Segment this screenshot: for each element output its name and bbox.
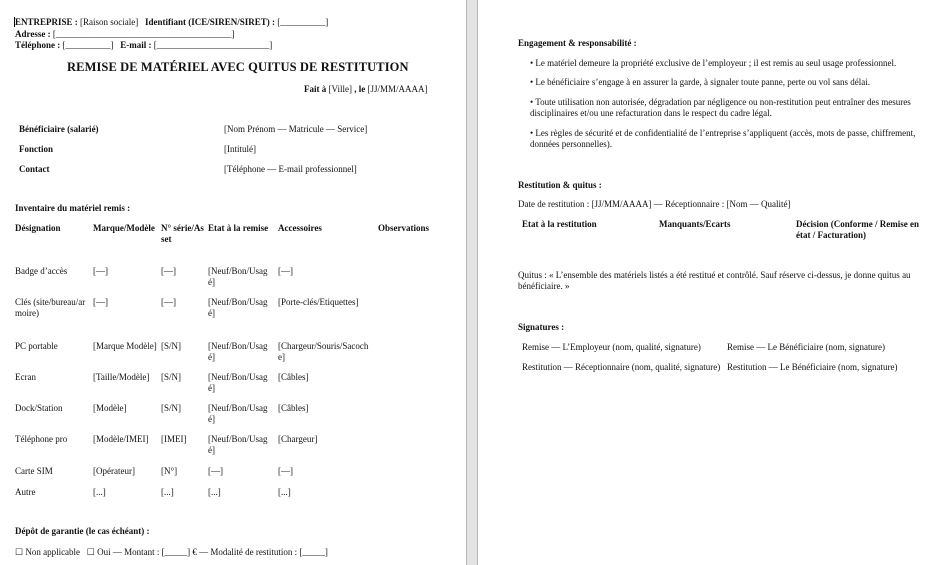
restitution-col-missing: Manquants/Ecarts bbox=[659, 219, 731, 230]
inventory-heading: Inventaire du matériel remis : bbox=[15, 203, 130, 214]
address-line: Adresse : [_____________________________… bbox=[15, 29, 234, 40]
signature-receiver-return[interactable]: Restitution — Réceptionnaire (nom, quali… bbox=[522, 362, 720, 373]
inventory-row-designation: Badge d’accès bbox=[15, 266, 89, 277]
address-label: Adresse : bbox=[15, 29, 51, 39]
inventory-row-designation: Carte SIM bbox=[15, 466, 89, 477]
email-label: E-mail : bbox=[120, 40, 151, 50]
engagement-bullet: • Le bénéficiaire s’engage à en assurer … bbox=[530, 77, 920, 88]
signature-beneficiary-return[interactable]: Restitution — Le Bénéficiaire (nom, sign… bbox=[727, 362, 897, 373]
inventory-cell[interactable]: [Opérateur] bbox=[93, 466, 157, 477]
inventory-cell[interactable]: [Chargeur] bbox=[278, 434, 374, 445]
inventory-cell[interactable]: [...] bbox=[278, 487, 374, 498]
signatures-heading: Signatures : bbox=[518, 322, 564, 333]
inventory-cell[interactable]: [...] bbox=[208, 487, 274, 498]
inventory-cell[interactable]: [Câbles] bbox=[278, 372, 374, 383]
inventory-cell[interactable]: [—] bbox=[208, 466, 274, 477]
place-date-value[interactable]: [JJ/MM/AAAA] bbox=[367, 84, 427, 94]
engagement-bullet: • Toute utilisation non autorisée, dégra… bbox=[530, 97, 920, 119]
inventory-cell[interactable]: [Taille/Modèle] bbox=[93, 372, 157, 383]
function-label: Fonction bbox=[19, 144, 53, 155]
inventory-column-header: Accessoires bbox=[278, 223, 374, 234]
document-page-2[interactable]: Engagement & responsabilité : • Le matér… bbox=[478, 0, 927, 565]
deposit-options[interactable]: ☐ Non applicable ☐ Oui — Montant : [____… bbox=[15, 547, 328, 558]
inventory-cell[interactable]: [Câbles] bbox=[278, 403, 374, 414]
email-value[interactable]: [_________________________] bbox=[154, 40, 273, 50]
inventory-cell[interactable]: [—] bbox=[278, 266, 374, 277]
inventory-cell[interactable]: [...] bbox=[93, 487, 157, 498]
inventory-cell[interactable]: [Neuf/Bon/Usagé] bbox=[208, 297, 274, 318]
inventory-cell[interactable]: [—] bbox=[161, 266, 205, 277]
inventory-row-designation: Ecran bbox=[15, 372, 89, 383]
signature-employer-handover[interactable]: Remise — L’Employeur (nom, qualité, sign… bbox=[522, 342, 701, 353]
inventory-cell[interactable]: [S/N] bbox=[161, 341, 205, 352]
inventory-cell[interactable]: [...] bbox=[161, 487, 205, 498]
address-value[interactable]: [_______________________________________… bbox=[53, 29, 235, 39]
inventory-cell[interactable]: [—] bbox=[161, 297, 205, 308]
company-value[interactable]: [Raison sociale] bbox=[80, 17, 138, 27]
document-page-1[interactable]: ENTREPRISE : [Raison sociale] Identifian… bbox=[0, 0, 466, 565]
company-line: ENTREPRISE : [Raison sociale] Identifian… bbox=[15, 17, 328, 28]
inventory-cell[interactable]: [Neuf/Bon/Usagé] bbox=[208, 266, 274, 287]
quitus-statement: Quitus : « L’ensemble des matériels list… bbox=[518, 270, 918, 292]
inventory-row-designation: Clés (site/bureau/armoire) bbox=[15, 297, 89, 318]
signature-beneficiary-handover[interactable]: Remise — Le Bénéficiaire (nom, signature… bbox=[727, 342, 885, 353]
engagement-heading: Engagement & responsabilité : bbox=[518, 38, 637, 49]
inventory-cell[interactable]: [N°] bbox=[161, 466, 205, 477]
contact-line: Téléphone : [__________] E-mail : [_____… bbox=[15, 40, 272, 51]
beneficiary-value[interactable]: [Nom Prénom — Matricule — Service] bbox=[224, 124, 367, 135]
restitution-date-line[interactable]: Date de restitution : [JJ/MM/AAAA] — Réc… bbox=[518, 199, 790, 210]
document-title: REMISE DE MATÉRIEL AVEC QUITUS DE RESTIT… bbox=[67, 62, 409, 73]
place-date: Fait à [Ville] , le [JJ/MM/AAAA] bbox=[304, 84, 427, 95]
inventory-cell[interactable]: [—] bbox=[93, 266, 157, 277]
engagement-bullet: • Le matériel demeure la propriété exclu… bbox=[530, 58, 920, 69]
inventory-row-designation: Dock/Station bbox=[15, 403, 89, 414]
contact-label: Contact bbox=[19, 164, 50, 175]
inventory-row-designation: Autre bbox=[15, 487, 89, 498]
function-value[interactable]: [Intitulé] bbox=[224, 144, 256, 155]
contact-value[interactable]: [Téléphone — E-mail professionnel] bbox=[224, 164, 357, 175]
inventory-column-header: N° série/Asset bbox=[161, 223, 205, 244]
inventory-column-header: Etat à la remise bbox=[208, 223, 274, 234]
inventory-column-header: Désignation bbox=[15, 223, 89, 234]
inventory-cell[interactable]: [Neuf/Bon/Usagé] bbox=[208, 341, 274, 362]
inventory-cell[interactable]: [Neuf/Bon/Usagé] bbox=[208, 372, 274, 393]
inventory-cell[interactable]: [Modèle] bbox=[93, 403, 157, 414]
inventory-row-designation: PC portable bbox=[15, 341, 89, 352]
company-label: ENTREPRISE : bbox=[15, 17, 78, 27]
inventory-cell[interactable]: [Neuf/Bon/Usagé] bbox=[208, 403, 274, 424]
inventory-cell[interactable]: [Modèle/IMEI] bbox=[93, 434, 157, 445]
inventory-row-designation: Téléphone pro bbox=[15, 434, 89, 445]
beneficiary-label: Bénéficiaire (salarié) bbox=[19, 124, 99, 135]
inventory-cell[interactable]: [—] bbox=[93, 297, 157, 308]
restitution-col-decision: Décision (Conforme / Remise en état / Fa… bbox=[796, 219, 926, 241]
inventory-cell[interactable]: [Chargeur/Souris/Sacoche] bbox=[278, 341, 374, 362]
phone-value[interactable]: [__________] bbox=[63, 40, 114, 50]
inventory-cell[interactable]: [Neuf/Bon/Usagé] bbox=[208, 434, 274, 455]
inventory-cell[interactable]: [IMEI] bbox=[161, 434, 205, 445]
date-sep: , le bbox=[354, 84, 365, 94]
page-gap bbox=[466, 0, 478, 565]
restitution-heading: Restitution & quitus : bbox=[518, 180, 602, 191]
place-prefix: Fait à bbox=[304, 84, 326, 94]
inventory-cell[interactable]: [S/N] bbox=[161, 403, 205, 414]
id-value[interactable]: [__________] bbox=[277, 17, 328, 27]
engagement-bullet: • Les règles de sécurité et de confident… bbox=[530, 128, 920, 150]
place-city[interactable]: [Ville] bbox=[329, 84, 352, 94]
inventory-cell[interactable]: [S/N] bbox=[161, 372, 205, 383]
inventory-cell[interactable]: [Porte-clés/Etiquettes] bbox=[278, 297, 374, 308]
inventory-column-header: Observations bbox=[378, 223, 432, 234]
inventory-cell[interactable]: [Marque Modèle] bbox=[93, 341, 157, 352]
inventory-cell[interactable]: [—] bbox=[278, 466, 374, 477]
id-label: Identifiant (ICE/SIREN/SIRET) : bbox=[145, 17, 275, 27]
deposit-heading: Dépôt de garantie (le cas échéant) : bbox=[15, 526, 149, 537]
phone-label: Téléphone : bbox=[15, 40, 60, 50]
restitution-col-state: Etat à la restitution bbox=[522, 219, 597, 230]
inventory-column-header: Marque/Modèle bbox=[93, 223, 157, 234]
